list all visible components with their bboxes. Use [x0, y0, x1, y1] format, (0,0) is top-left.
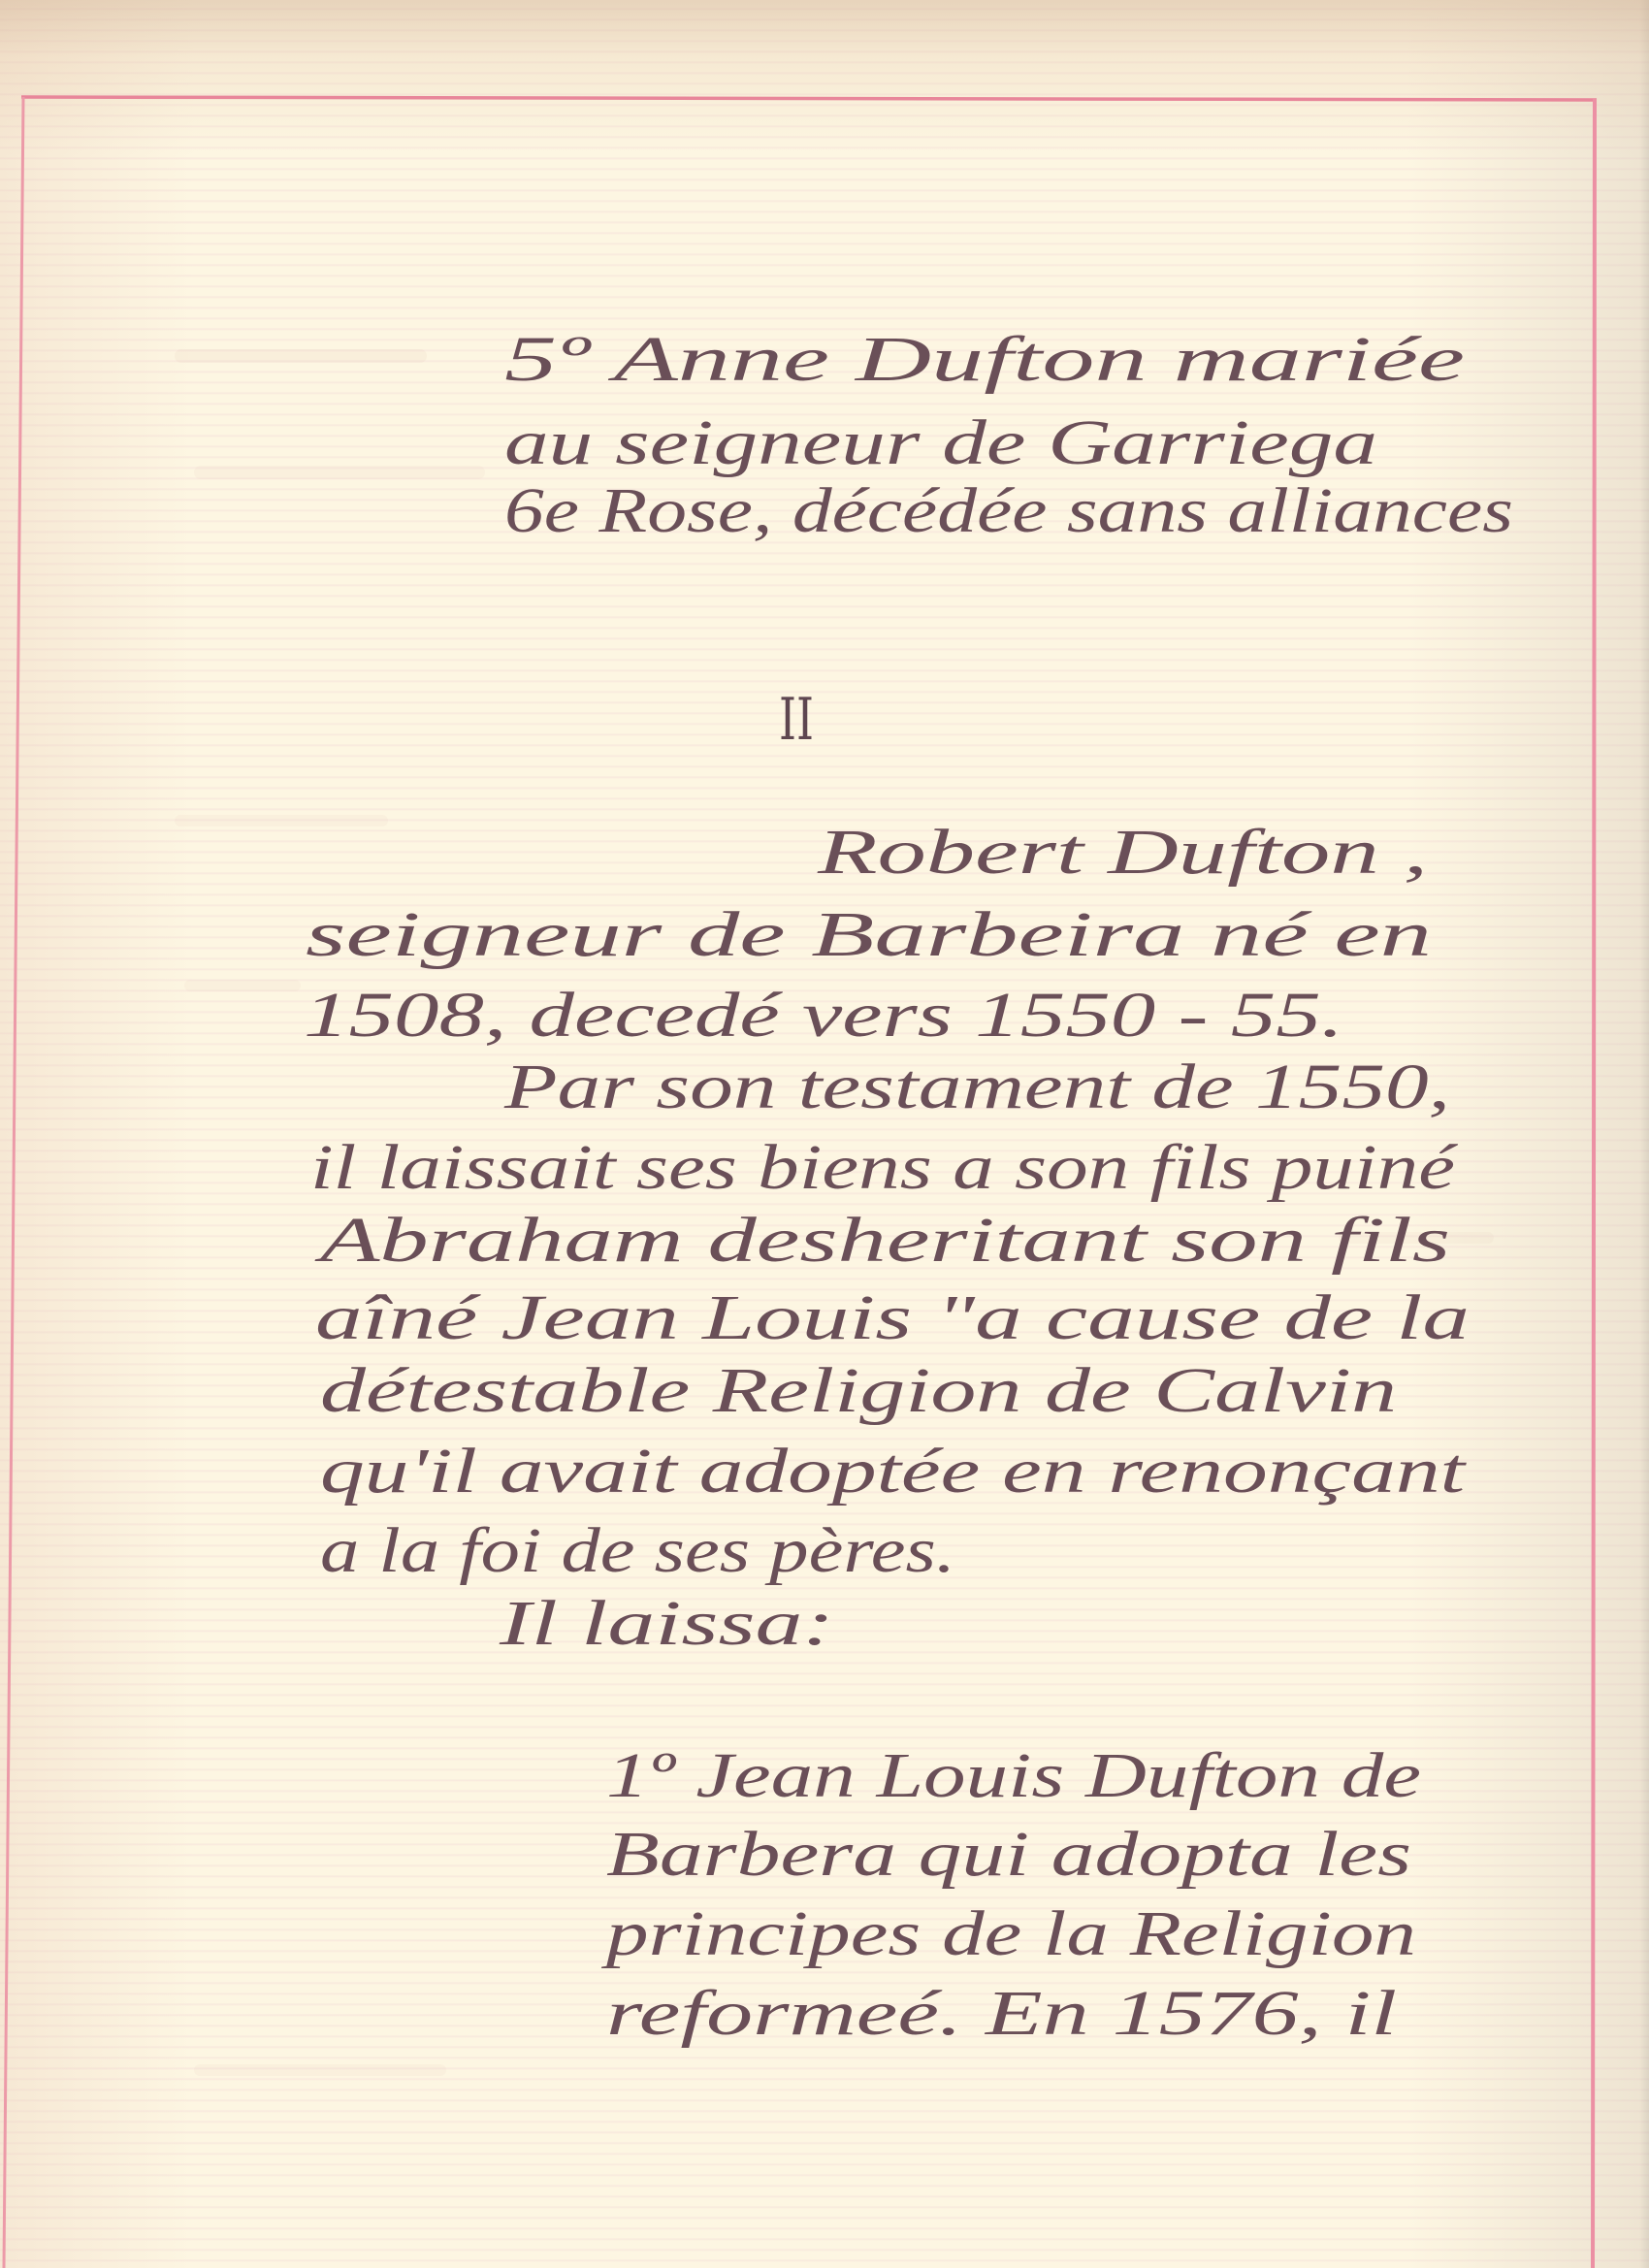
border-left — [4, 97, 23, 2268]
page-canvas: 5º Anne Dufton mariée au seigneur de Gar… — [0, 0, 1649, 2268]
text-line: aîné Jean Louis "a cause de la — [315, 1282, 1470, 1353]
text-line: principes de la Religion — [601, 1898, 1416, 1969]
text-line: a la foi de ses pères. — [320, 1515, 955, 1586]
text-line: 1º Jean Louis Dufton de — [606, 1740, 1421, 1811]
entry-children-list: 1º Jean Louis Dufton de Barbera qui adop… — [601, 1740, 1421, 2049]
text-line: Par son testament de 1550, — [503, 1052, 1450, 1122]
text-line: détestable Religion de Calvin — [320, 1355, 1397, 1426]
text-line: il laissait ses biens a son fils puiné — [310, 1132, 1458, 1203]
text-line: reformeé. En 1576, il — [606, 1978, 1397, 2049]
text-line: Barbera qui adopta les — [606, 1819, 1411, 1890]
text-line: 6e Rose, décédée sans alliances — [504, 475, 1513, 546]
border-top — [21, 97, 1597, 100]
section-heading-roman-numeral: II — [779, 686, 814, 754]
text-line: Abraham desheritant son fils — [314, 1205, 1450, 1276]
entry-5-6-siblings: 5º Anne Dufton mariée au seigneur de Gar… — [504, 324, 1513, 546]
entry-robert-dufton: Robert Dufton , seigneur de Barbeira né … — [304, 817, 1470, 1659]
text-line: au seigneur de Garriega — [504, 407, 1377, 478]
text-line: seigneur de Barbeira né en — [306, 899, 1432, 970]
person-name-heading: Robert Dufton , — [816, 817, 1428, 888]
manuscript-page: 5º Anne Dufton mariée au seigneur de Gar… — [0, 0, 1649, 2268]
text-line: Il laissa: — [499, 1588, 834, 1659]
border-right — [1593, 99, 1595, 2268]
text-line: 1508, decedé vers 1550 - 55. — [304, 980, 1343, 1051]
text-line: qu'il avait adoptée en renonçant — [320, 1436, 1467, 1507]
text-line: 5º Anne Dufton mariée — [504, 324, 1465, 395]
